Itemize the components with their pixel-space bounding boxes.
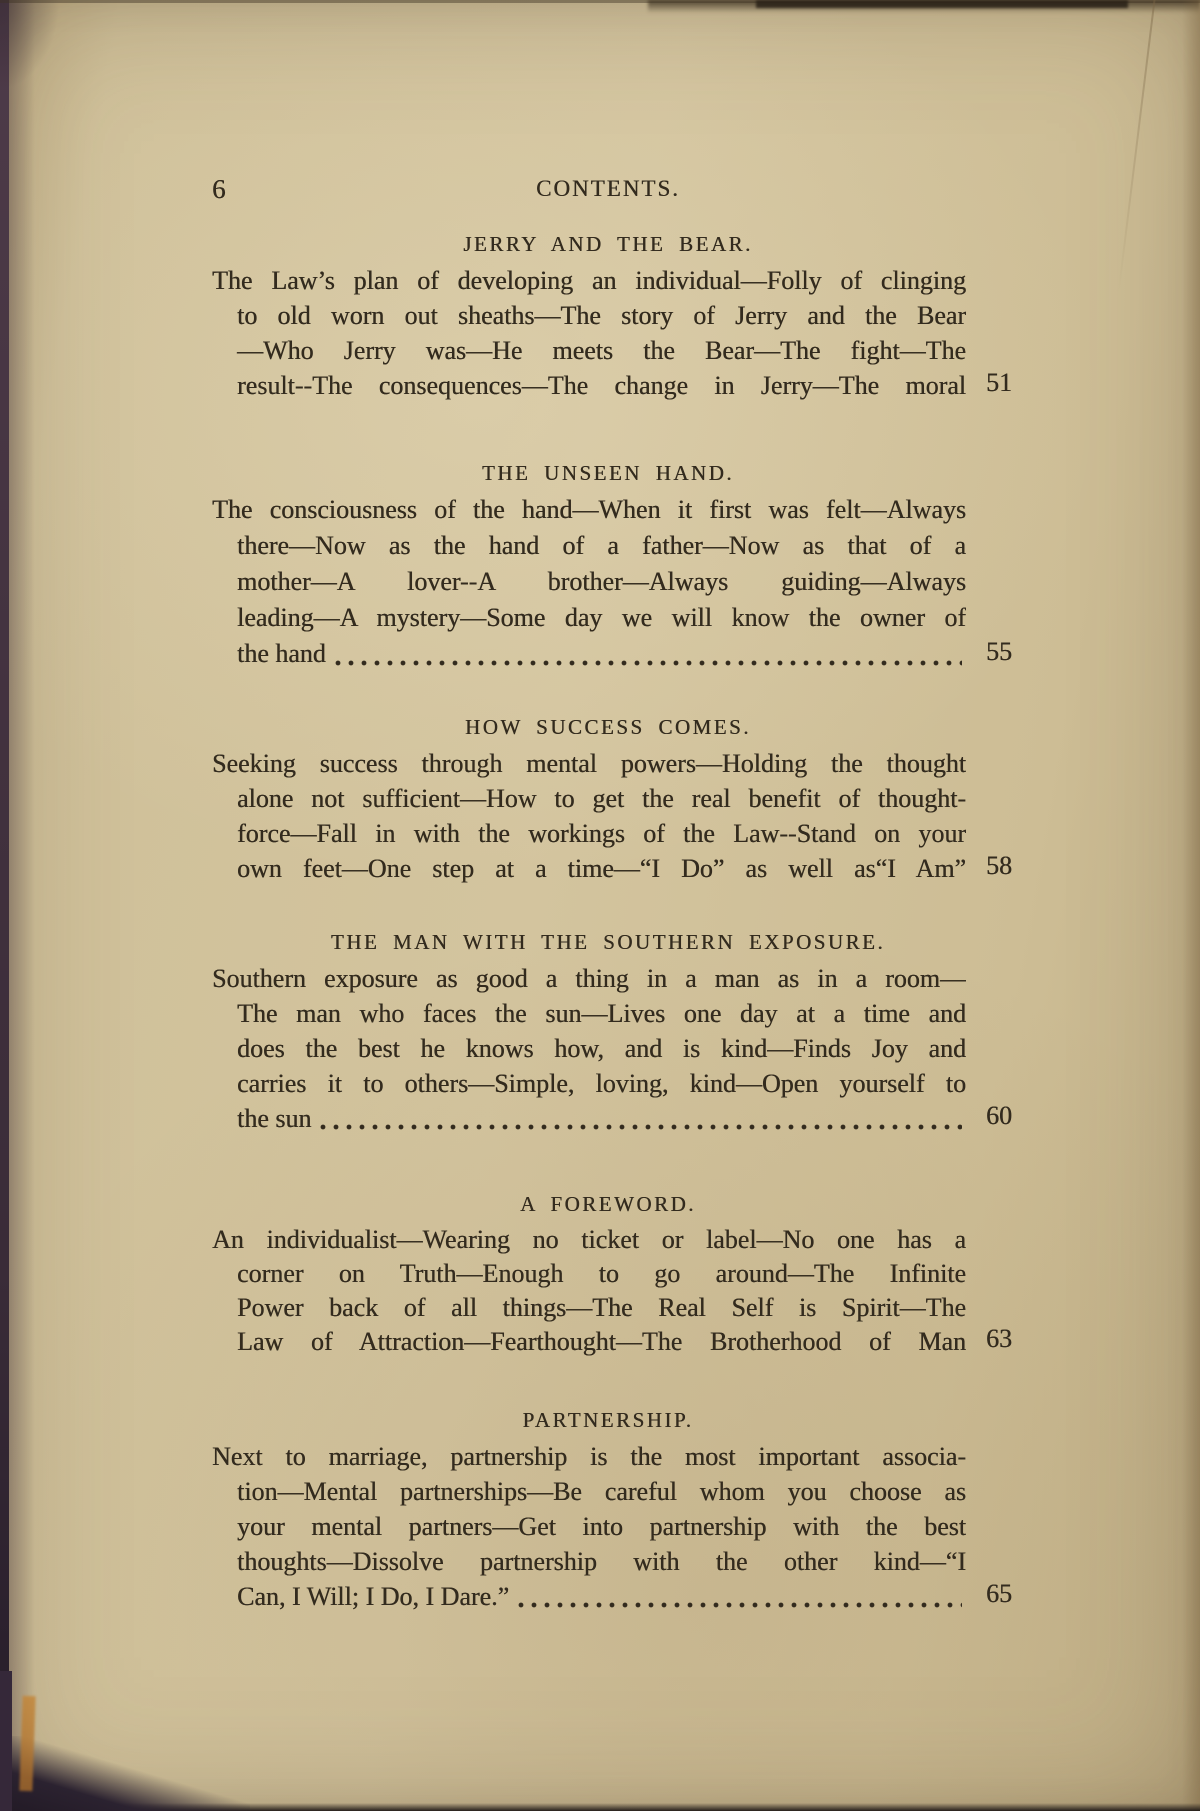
bottom-edge-shadow xyxy=(0,1803,1200,1811)
section-heading: A FOREWORD. xyxy=(231,1189,985,1219)
toc-line: carries it to others—Simple, loving, kin… xyxy=(212,1066,966,1101)
toc-line: Law of Attraction—Fearthought—The Brothe… xyxy=(212,1325,966,1359)
top-right-crease xyxy=(1117,0,1156,294)
section-summary: Seeking success through mental powers—Ho… xyxy=(212,746,1012,886)
toc-line: The man who faces the sun—Lives one day … xyxy=(212,996,966,1031)
section-heading: THE MAN WITH THE SOUTHERN EXPOSURE. xyxy=(231,927,985,957)
toc-section-partnership: PARTNERSHIP. Next to marriage, partnersh… xyxy=(212,1405,1012,1614)
toc-line-text: the sun xyxy=(237,1101,311,1136)
toc-line: Southern exposure as good a thing in a m… xyxy=(212,961,966,996)
toc-section-jerry-and-the-bear: JERRY AND THE BEAR. The Law’s plan of de… xyxy=(212,229,1012,403)
toc-line: Seeking success through mental powers—Ho… xyxy=(212,746,966,781)
top-edge-smudge-dark xyxy=(756,0,1128,8)
toc-section-how-success-comes: HOW SUCCESS COMES. Seeking success throu… xyxy=(212,712,1012,886)
gutter-shadow xyxy=(9,0,35,1811)
page-ref: 60 xyxy=(986,1098,1012,1133)
right-edge-shading xyxy=(1182,0,1200,1811)
dot-leader xyxy=(320,1124,962,1130)
toc-line: Can, I Will; I Do, I Dare.” xyxy=(212,1579,966,1614)
toc-line: there—Now as the hand of a father—Now as… xyxy=(212,528,966,564)
page-ref: 65 xyxy=(986,1576,1012,1611)
section-heading: JERRY AND THE BEAR. xyxy=(231,229,985,259)
toc-section-southern-exposure: THE MAN WITH THE SOUTHERN EXPOSURE. Sout… xyxy=(212,927,1012,1136)
section-summary: An individualist—Wearing no ticket or la… xyxy=(212,1223,1012,1359)
section-summary: Next to marriage, partnership is the mos… xyxy=(212,1439,1012,1614)
dot-leader xyxy=(518,1602,962,1608)
toc-line: does the best he knows how, and is kind—… xyxy=(212,1031,966,1066)
toc-line-text: Can, I Will; I Do, I Dare.” xyxy=(237,1579,509,1614)
page-ref: 55 xyxy=(986,634,1012,669)
section-heading: HOW SUCCESS COMES. xyxy=(231,712,985,742)
section-summary: The consciousness of the hand—When it fi… xyxy=(212,492,1012,672)
toc-line: Next to marriage, partnership is the mos… xyxy=(212,1439,966,1474)
toc-section-the-unseen-hand: THE UNSEEN HAND. The consciousness of th… xyxy=(212,458,1012,672)
toc-line: tion—Mental partnerships—Be careful whom… xyxy=(212,1474,966,1509)
toc-line: own feet—One step at a time—“I Do” as we… xyxy=(212,851,966,886)
toc-line: your mental partners—Get into partnershi… xyxy=(212,1509,966,1544)
toc-line: mother—A lover--A brother—Always guiding… xyxy=(212,564,966,600)
section-heading: PARTNERSHIP. xyxy=(231,1405,985,1435)
toc-line-text: the hand xyxy=(237,636,326,672)
top-left-corner-shadow xyxy=(0,0,60,90)
toc-line: Power back of all things—The Real Self i… xyxy=(212,1291,966,1325)
folio-number: 6 xyxy=(212,172,226,206)
page-ref: 58 xyxy=(986,848,1012,883)
scanned-page: 6 CONTENTS. JERRY AND THE BEAR. The Law’… xyxy=(0,0,1200,1811)
book-gutter-edge xyxy=(0,0,9,1811)
toc-line: The Law’s plan of developing an individu… xyxy=(212,263,966,298)
toc-line: the sun xyxy=(212,1101,966,1136)
toc-line: result--The consequences—The change in J… xyxy=(212,368,966,403)
top-edge-line xyxy=(0,0,1200,3)
toc-line: thoughts—Dissolve partnership with the o… xyxy=(212,1544,966,1579)
dot-leader xyxy=(335,660,962,666)
bottom-left-cover-wedge xyxy=(0,1736,250,1811)
page-header: 6 CONTENTS. xyxy=(212,172,1012,206)
page-edges-amber xyxy=(19,1696,35,1791)
section-heading: THE UNSEEN HAND. xyxy=(231,458,985,488)
bottom-left-edge xyxy=(0,1671,12,1811)
section-summary: The Law’s plan of developing an individu… xyxy=(212,263,1012,403)
toc-line: to old worn out sheaths—The story of Jer… xyxy=(212,298,966,333)
toc-line: The consciousness of the hand—When it fi… xyxy=(212,492,966,528)
section-summary: Southern exposure as good a thing in a m… xyxy=(212,961,1012,1136)
toc-line: leading—A mystery—Some day we will know … xyxy=(212,600,966,636)
page-ref: 63 xyxy=(986,1321,1012,1356)
page-ref: 51 xyxy=(986,365,1012,400)
toc-section-a-foreword: A FOREWORD. An individualist—Wearing no … xyxy=(212,1189,1012,1359)
page-title: CONTENTS. xyxy=(231,172,985,206)
toc-line: —Who Jerry was—He meets the Bear—The fig… xyxy=(212,333,966,368)
toc-line: the hand xyxy=(212,636,966,672)
top-edge-smudge xyxy=(648,0,1200,13)
toc-line: force—Fall in with the workings of the L… xyxy=(212,816,966,851)
toc-line: corner on Truth—Enough to go around—The … xyxy=(212,1257,966,1291)
toc-line: alone not sufficient—How to get the real… xyxy=(212,781,966,816)
toc-line: An individualist—Wearing no ticket or la… xyxy=(212,1223,966,1257)
